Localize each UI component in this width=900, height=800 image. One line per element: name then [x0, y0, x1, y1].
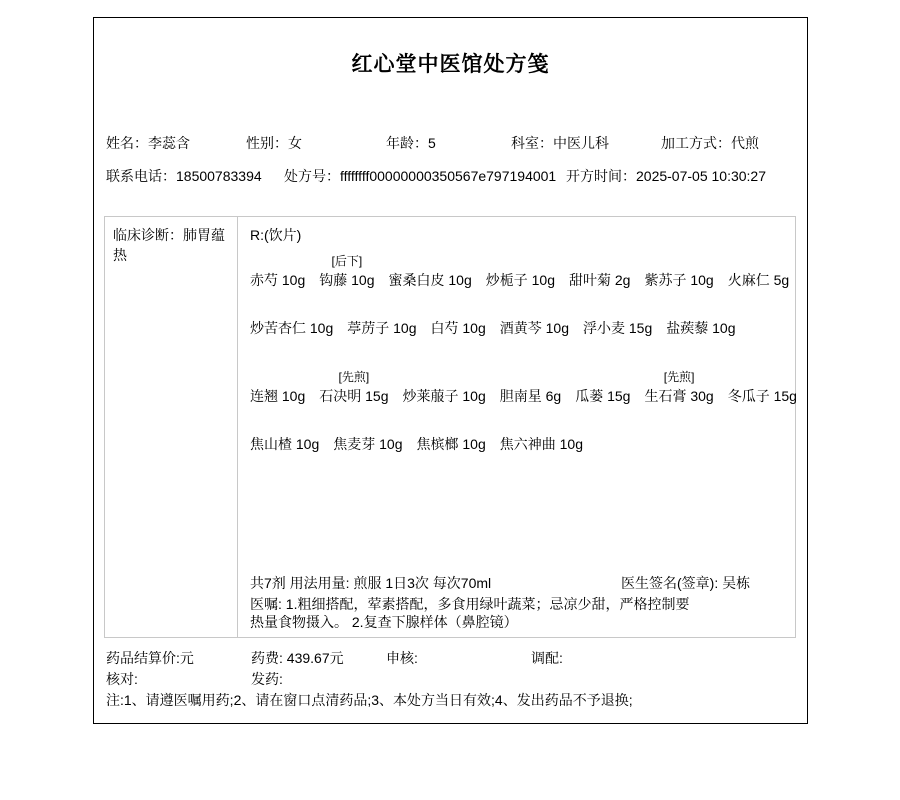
herb-item: 炒苦杏仁 10g [250, 319, 333, 337]
herb-item: 炒莱菔子 10g [403, 367, 486, 405]
herb-name-dose: 连翘 10g [250, 387, 305, 405]
patient-info-row-2: 联系电话：18500783394 处方号：ffffffff00000000350… [94, 166, 807, 186]
field-label: 开方时间： [566, 168, 636, 184]
herb-name-dose: 酒黄芩 10g [500, 319, 569, 337]
doctor-signature: 医生签名(签章): 吴栋 [621, 574, 750, 593]
field-value: 中医儿科 [553, 135, 609, 151]
patient-gender-field: 性别：女 [246, 133, 302, 153]
herb-item: [先煎]生石膏 30g [644, 367, 713, 405]
herb-name-dose: 钩藤 10g [319, 271, 374, 289]
herb-line: 赤芍 10g[后下]钩藤 10g 蜜桑白皮 10g 炒栀子 10g 甜叶菊 2g… [250, 251, 811, 289]
herb-lines-container: 赤芍 10g[后下]钩藤 10g 蜜桑白皮 10g 炒栀子 10g 甜叶菊 2g… [250, 251, 811, 453]
field-value: 18500783394 [176, 168, 262, 184]
herb-name-dose: 蜜桑白皮 10g [389, 271, 472, 289]
field-label: 性别： [246, 135, 288, 151]
herb-item: 蜜桑白皮 10g [389, 251, 472, 289]
patient-name-field: 姓名：李蕊含 [106, 133, 190, 153]
phone-field: 联系电话：18500783394 [106, 166, 262, 186]
field-label: 处方号： [284, 168, 340, 184]
herb-item: 胆南星 6g [500, 367, 561, 405]
herb-name-dose: 瓜蒌 15g [575, 387, 630, 405]
field-label: 加工方式： [661, 135, 731, 151]
herb-item: [后下]钩藤 10g [319, 251, 374, 289]
field-value: 李蕊含 [148, 135, 190, 151]
herb-item: 白芍 10g [431, 319, 486, 337]
check-field: 核对: [106, 669, 138, 689]
herb-name-dose: 冬瓜子 15g [728, 387, 797, 405]
herb-line: 连翘 10g[先煎]石决明 15g 炒莱菔子 10g 胆南星 6g 瓜蒌 15g… [250, 367, 811, 405]
rx-header: R:(饮片) [250, 225, 811, 245]
herb-name-dose: 炒苦杏仁 10g [250, 319, 333, 337]
herb-decoction-tag [728, 251, 789, 271]
herb-name-dose: 石决明 15g [319, 387, 388, 405]
processing-method-field: 加工方式：代煎 [661, 133, 759, 153]
herb-decoction-tag [575, 367, 630, 387]
clinical-diagnosis-cell: 临床诊断：肺胃蕴热 [105, 217, 238, 637]
department-field: 科室：中医儿科 [511, 133, 609, 153]
patient-age-field: 年龄：5 [386, 133, 436, 153]
herb-decoction-tag: [先煎] [319, 367, 388, 387]
prescription-number-field: 处方号：ffffffff00000000350567e797194001 [284, 166, 556, 186]
herb-name-dose: 炒栀子 10g [486, 271, 555, 289]
rx-summary: 共7剂 用法用量: 煎服 1日3次 每次70ml 医生签名(签章): 吴栋 医嘱… [250, 574, 811, 631]
herb-decoction-tag: [后下] [319, 251, 374, 271]
herb-decoction-tag [403, 367, 486, 387]
herb-item: 赤芍 10g [250, 251, 305, 289]
herb-decoction-tag: [先煎] [644, 367, 713, 387]
audit-field: 申核: [386, 648, 418, 668]
herb-item: 浮小麦 15g [583, 319, 652, 337]
issue-field: 发药: [251, 669, 283, 689]
herb-name-dose: 胆南星 6g [500, 387, 561, 405]
herb-name-dose: 甜叶菊 2g [569, 271, 630, 289]
herb-decoction-tag [486, 251, 555, 271]
herb-name-dose: 焦麦芽 10g [333, 435, 402, 453]
herb-item: 葶苈子 10g [347, 319, 416, 337]
herb-name-dose: 白芍 10g [431, 319, 486, 337]
herb-line: 炒苦杏仁 10g葶苈子 10g白芍 10g酒黄芩 10g浮小麦 15g盐蒺藜 1… [250, 319, 811, 337]
field-value: 女 [288, 135, 302, 151]
field-label: 姓名： [106, 135, 148, 151]
field-label: 联系电话： [106, 168, 176, 184]
herb-name-dose: 炒莱菔子 10g [403, 387, 486, 405]
field-value: 2025-07-05 10:30:27 [636, 168, 766, 184]
herb-item: 焦山楂 10g [250, 435, 319, 453]
herb-item: 冬瓜子 15g [728, 367, 797, 405]
usage-text: 共7剂 用法用量: 煎服 1日3次 每次70ml [250, 575, 491, 591]
herb-name-dose: 焦六神曲 10g [500, 435, 583, 453]
footer-note: 注:1、请遵医嘱用药;2、请在窗口点清药品;3、本处方当日有效;4、发出药品不予… [106, 690, 633, 710]
prescription-body-table: 临床诊断：肺胃蕴热 R:(饮片) 赤芍 10g[后下]钩藤 10g 蜜桑白皮 1… [104, 216, 796, 638]
herb-item: 焦六神曲 10g [500, 435, 583, 453]
herb-item: 盐蒺藜 10g [666, 319, 735, 337]
prescription-sheet: 红心堂中医馆处方笺 姓名：李蕊含 性别：女 年龄：5 科室：中医儿科 加工方式：… [93, 17, 808, 724]
dispense-field: 调配: [531, 648, 563, 668]
herb-name-dose: 葶苈子 10g [347, 319, 416, 337]
herb-name-dose: 浮小麦 15g [583, 319, 652, 337]
settlement-price-field: 药品结算价:元 [106, 648, 194, 668]
herb-name-dose: 焦山楂 10g [250, 435, 319, 453]
herb-name-dose: 生石膏 30g [644, 387, 713, 405]
prescription-page: 红心堂中医馆处方笺 姓名：李蕊含 性别：女 年龄：5 科室：中医儿科 加工方式：… [0, 0, 900, 800]
herb-name-dose: 焦槟榔 10g [417, 435, 486, 453]
herb-decoction-tag [500, 367, 561, 387]
patient-info-row-1: 姓名：李蕊含 性别：女 年龄：5 科室：中医儿科 加工方式：代煎 [94, 133, 807, 153]
herb-item: 焦麦芽 10g [333, 435, 402, 453]
prescription-time-field: 开方时间：2025-07-05 10:30:27 [566, 166, 766, 186]
doctor-advice: 医嘱: 1.粗细搭配，荤素搭配，多食用绿叶蔬菜；忌凉少甜，严格控制要热量食物摄入… [250, 595, 690, 631]
herb-item: 甜叶菊 2g [569, 251, 630, 289]
rx-cell: R:(饮片) 赤芍 10g[后下]钩藤 10g 蜜桑白皮 10g 炒栀子 10g… [238, 217, 823, 637]
herb-name-dose: 赤芍 10g [250, 271, 305, 289]
herb-item: 连翘 10g [250, 367, 305, 405]
herb-item: [先煎]石决明 15g [319, 367, 388, 405]
herb-decoction-tag [250, 367, 305, 387]
herb-item: 酒黄芩 10g [500, 319, 569, 337]
herb-item: 瓜蒌 15g [575, 367, 630, 405]
herb-name-dose: 紫苏子 10g [644, 271, 713, 289]
field-label: 年龄： [386, 135, 428, 151]
herb-item: 炒栀子 10g [486, 251, 555, 289]
diagnosis-label: 临床诊断： [113, 227, 183, 243]
herb-item: 焦槟榔 10g [417, 435, 486, 453]
herb-line: 焦山楂 10g焦麦芽 10g焦槟榔 10g焦六神曲 10g [250, 435, 811, 453]
field-label: 科室： [511, 135, 553, 151]
herb-item: 火麻仁 5g [728, 251, 789, 289]
herb-decoction-tag [569, 251, 630, 271]
field-value: 5 [428, 135, 436, 151]
herb-decoction-tag [644, 251, 713, 271]
usage-row: 共7剂 用法用量: 煎服 1日3次 每次70ml 医生签名(签章): 吴栋 [250, 574, 811, 593]
medicine-fee-field: 药费: 439.67元 [251, 648, 344, 668]
herb-decoction-tag [389, 251, 472, 271]
herb-item: 紫苏子 10g [644, 251, 713, 289]
herb-name-dose: 火麻仁 5g [728, 271, 789, 289]
herb-name-dose: 盐蒺藜 10g [666, 319, 735, 337]
field-value: 代煎 [731, 135, 759, 151]
herb-decoction-tag [728, 367, 797, 387]
page-title: 红心堂中医馆处方笺 [94, 48, 807, 78]
herb-decoction-tag [250, 251, 305, 271]
field-value: ffffffff00000000350567e797194001 [340, 168, 556, 184]
